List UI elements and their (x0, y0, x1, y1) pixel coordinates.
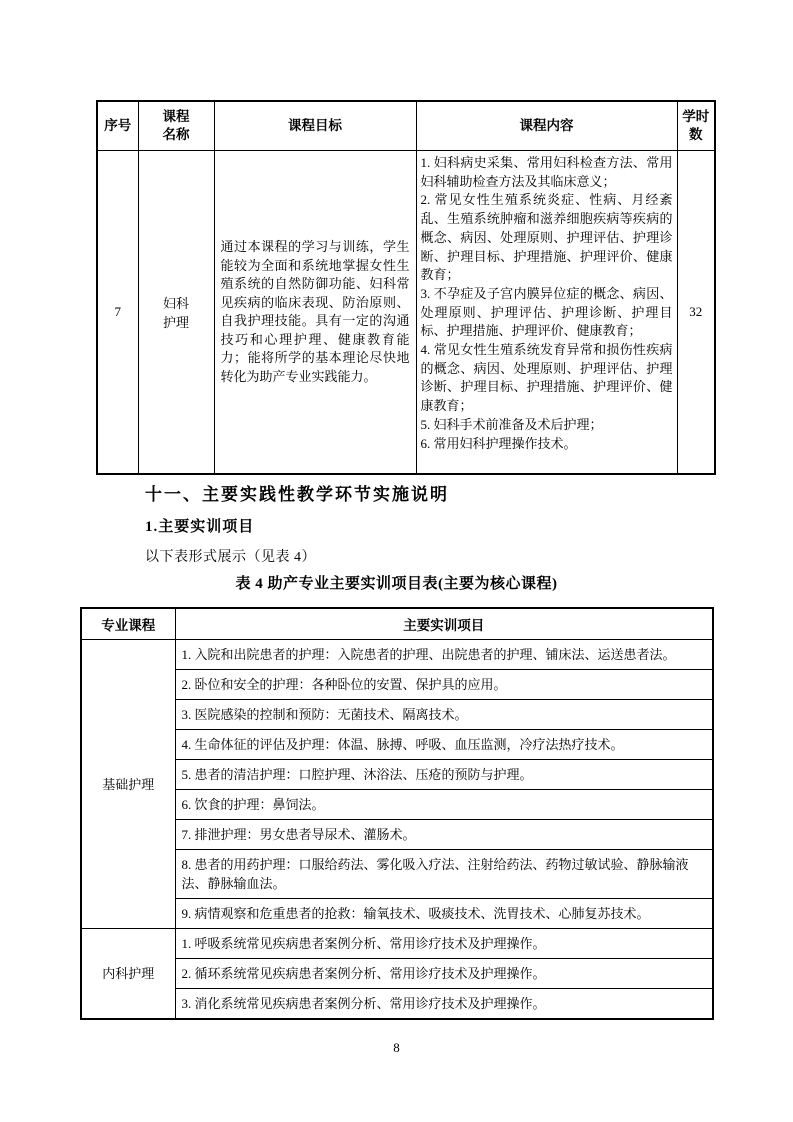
training-item: 1. 入院和出院患者的护理：入院患者的护理、出院患者的护理、铺床法、运送患者法。 (175, 640, 713, 670)
header-cell-objective: 课程目标 (214, 101, 416, 151)
header-cell-hours: 学时 数 (677, 101, 715, 151)
section-heading: 十一、主要实践性教学环节实施说明 (145, 480, 449, 505)
header-cell-course-name: 课程 名称 (138, 101, 214, 151)
intro-text: 以下表形式展示（见表 4） (145, 546, 316, 566)
document-page: 序号 课程 名称 课程目标 课程内容 学时 数 7 妇科 护理 通过本课程的学习… (0, 0, 793, 1122)
table-row: 3. 医院感染的控制和预防：无菌技术、隔离技术。 (81, 700, 713, 730)
training-item: 2. 循环系统常见疾病患者案例分析、常用诊疗技术及护理操作。 (175, 959, 713, 989)
course-table-row: 7 妇科 护理 通过本课程的学习与训练，学生能较为全面和系统地掌握女性生殖系统的… (97, 151, 715, 475)
table-row: 2. 卧位和安全的护理：各种卧位的安置、保护具的应用。 (81, 670, 713, 700)
training-item: 7. 排泄护理：男女患者导尿术、灌肠术。 (175, 820, 713, 850)
table-row: 内科护理 1. 呼吸系统常见疾病患者案例分析、常用诊疗技术及护理操作。 (81, 929, 713, 959)
table-row: 基础护理 1. 入院和出院患者的护理：入院患者的护理、出院患者的护理、铺床法、运… (81, 640, 713, 670)
content-item: 6. 常用妇科护理操作技术。 (421, 435, 673, 454)
content-item: 1. 妇科病史采集、常用妇科检查方法、常用妇科辅助检查方法及其临床意义； (421, 154, 673, 191)
header-cell-training-projects: 主要实训项目 (175, 608, 713, 640)
training-item: 1. 呼吸系统常见疾病患者案例分析、常用诊疗技术及护理操作。 (175, 929, 713, 959)
table-row: 7. 排泄护理：男女患者导尿术、灌肠术。 (81, 820, 713, 850)
training-item: 3. 医院感染的控制和预防：无菌技术、隔离技术。 (175, 700, 713, 730)
content-item: 5. 妇科手术前准备及术后护理； (421, 416, 673, 435)
training-item: 2. 卧位和安全的护理：各种卧位的安置、保护具的应用。 (175, 670, 713, 700)
training-item: 5. 患者的清洁护理：口腔护理、沐浴法、压疮的预防与护理。 (175, 760, 713, 790)
training-item: 4. 生命体征的评估及护理：体温、脉搏、呼吸、血压监测，冷疗法热疗技术。 (175, 730, 713, 760)
table-row: 4. 生命体征的评估及护理：体温、脉搏、呼吸、血压监测，冷疗法热疗技术。 (81, 730, 713, 760)
table-row: 5. 患者的清洁护理：口腔护理、沐浴法、压疮的预防与护理。 (81, 760, 713, 790)
training-item: 9. 病情观察和危重患者的抢救：输氧技术、吸痰技术、洗胃技术、心肺复苏技术。 (175, 899, 713, 929)
training-table-header-row: 专业课程 主要实训项目 (81, 608, 713, 640)
training-item: 8. 患者的用药护理：口服给药法、雾化吸入疗法、注射给药法、药物过敏试验、静脉输… (175, 850, 713, 899)
course-table-header-row: 序号 课程 名称 课程目标 课程内容 学时 数 (97, 101, 715, 151)
page-number: 8 (0, 1040, 793, 1056)
course-group-label: 基础护理 (81, 640, 175, 929)
cell-objective: 通过本课程的学习与训练，学生能较为全面和系统地掌握女性生殖系统的自然防御功能、妇… (214, 151, 416, 475)
table-row: 3. 消化系统常见疾病患者案例分析、常用诊疗技术及护理操作。 (81, 989, 713, 1020)
content-item: 2. 常见女性生殖系统炎症、性病、月经紊乱、生殖系统肿瘤和滋养细胞疾病等疾病的概… (421, 191, 673, 285)
table-row: 8. 患者的用药护理：口服给药法、雾化吸入疗法、注射给药法、药物过敏试验、静脉输… (81, 850, 713, 899)
header-cell-content: 课程内容 (416, 101, 677, 151)
content-item: 4. 常见女性生殖系统发育异常和损伤性疾病的概念、病因、处理原则、护理评估、护理… (421, 341, 673, 416)
section-subheading: 1.主要实训项目 (145, 515, 254, 536)
training-table: 专业课程 主要实训项目 基础护理 1. 入院和出院患者的护理：入院患者的护理、出… (80, 607, 714, 1020)
course-table: 序号 课程 名称 课程目标 课程内容 学时 数 7 妇科 护理 通过本课程的学习… (96, 100, 716, 475)
cell-hours: 32 (677, 151, 715, 475)
table-row: 6. 饮食的护理：鼻饲法。 (81, 790, 713, 820)
table-caption: 表 4 助产专业主要实训项目表(主要为核心课程) (0, 572, 793, 593)
content-item: 3. 不孕症及子宫内膜异位症的概念、病因、处理原则、护理评估、护理诊断、护理目标… (421, 285, 673, 341)
training-item: 3. 消化系统常见疾病患者案例分析、常用诊疗技术及护理操作。 (175, 989, 713, 1020)
cell-index: 7 (97, 151, 138, 475)
table-row: 9. 病情观察和危重患者的抢救：输氧技术、吸痰技术、洗胃技术、心肺复苏技术。 (81, 899, 713, 929)
cell-course-name: 妇科 护理 (138, 151, 214, 475)
training-item: 6. 饮食的护理：鼻饲法。 (175, 790, 713, 820)
cell-content: 1. 妇科病史采集、常用妇科检查方法、常用妇科辅助检查方法及其临床意义； 2. … (416, 151, 677, 475)
header-cell-course-category: 专业课程 (81, 608, 175, 640)
header-cell-index: 序号 (97, 101, 138, 151)
table-row: 2. 循环系统常见疾病患者案例分析、常用诊疗技术及护理操作。 (81, 959, 713, 989)
course-group-label: 内科护理 (81, 929, 175, 1020)
